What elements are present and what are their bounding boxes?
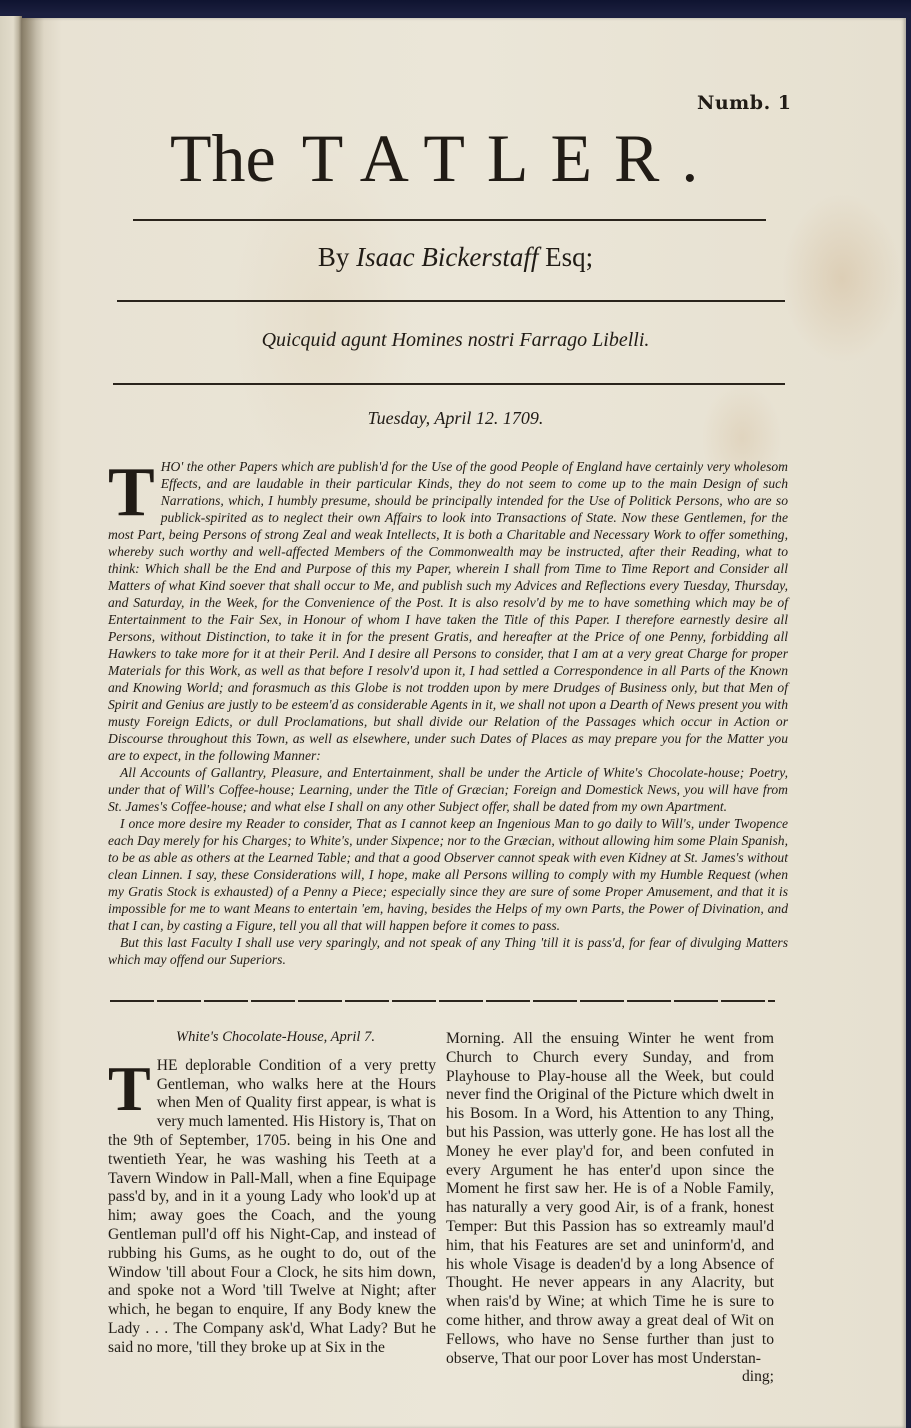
byline-rule (117, 300, 785, 302)
masthead-title: TheTATLER. (170, 118, 730, 198)
introduction: T HO' the other Papers which are publish… (108, 458, 788, 968)
section-divider (110, 1000, 775, 1002)
intro-paragraph: HO' the other Papers which are publish'd… (108, 459, 788, 763)
masthead-tatler: TATLER. (302, 120, 721, 196)
byline-suffix: Esq; (545, 242, 593, 272)
byline-author: Isaac Bickerstaff (356, 242, 538, 272)
motto: Quicquid agunt Homines nostri Farrago Li… (0, 329, 911, 352)
spine-shadow (22, 18, 44, 1428)
facing-page-edge (0, 16, 22, 1428)
issue-number: Numb. 1 (697, 92, 792, 114)
intro-paragraph: All Accounts of Gallantry, Pleasure, and… (108, 764, 788, 815)
article-drop-cap: T (108, 1061, 151, 1117)
article-column-left: White's Chocolate-House, April 7. T HE d… (108, 1028, 436, 1358)
motto-rule (113, 383, 785, 385)
article-heading: White's Chocolate-House, April 7. (108, 1028, 436, 1047)
masthead-the: The (170, 120, 276, 196)
article-text-right: Morning. All the ensuing Winter he went … (446, 1030, 774, 1368)
intro-paragraph: I once more desire my Reader to consider… (108, 815, 788, 934)
dateline: Tuesday, April 12. 1709. (0, 408, 911, 429)
article-text-left: HE deplorable Condition of a very pretty… (108, 1057, 436, 1356)
byline-prefix: By (318, 242, 350, 272)
catchword: ding; (446, 1368, 774, 1387)
book-photo: Numb. 1 TheTATLER. By Isaac Bickerstaff … (0, 0, 911, 1428)
article-column-right: Morning. All the ensuing Winter he went … (446, 1030, 774, 1387)
intro-paragraph: But this last Faculty I shall use very s… (108, 934, 788, 968)
intro-drop-cap: T (108, 462, 155, 522)
byline: By Isaac Bickerstaff Esq; (0, 242, 911, 273)
masthead-rule (133, 219, 766, 221)
